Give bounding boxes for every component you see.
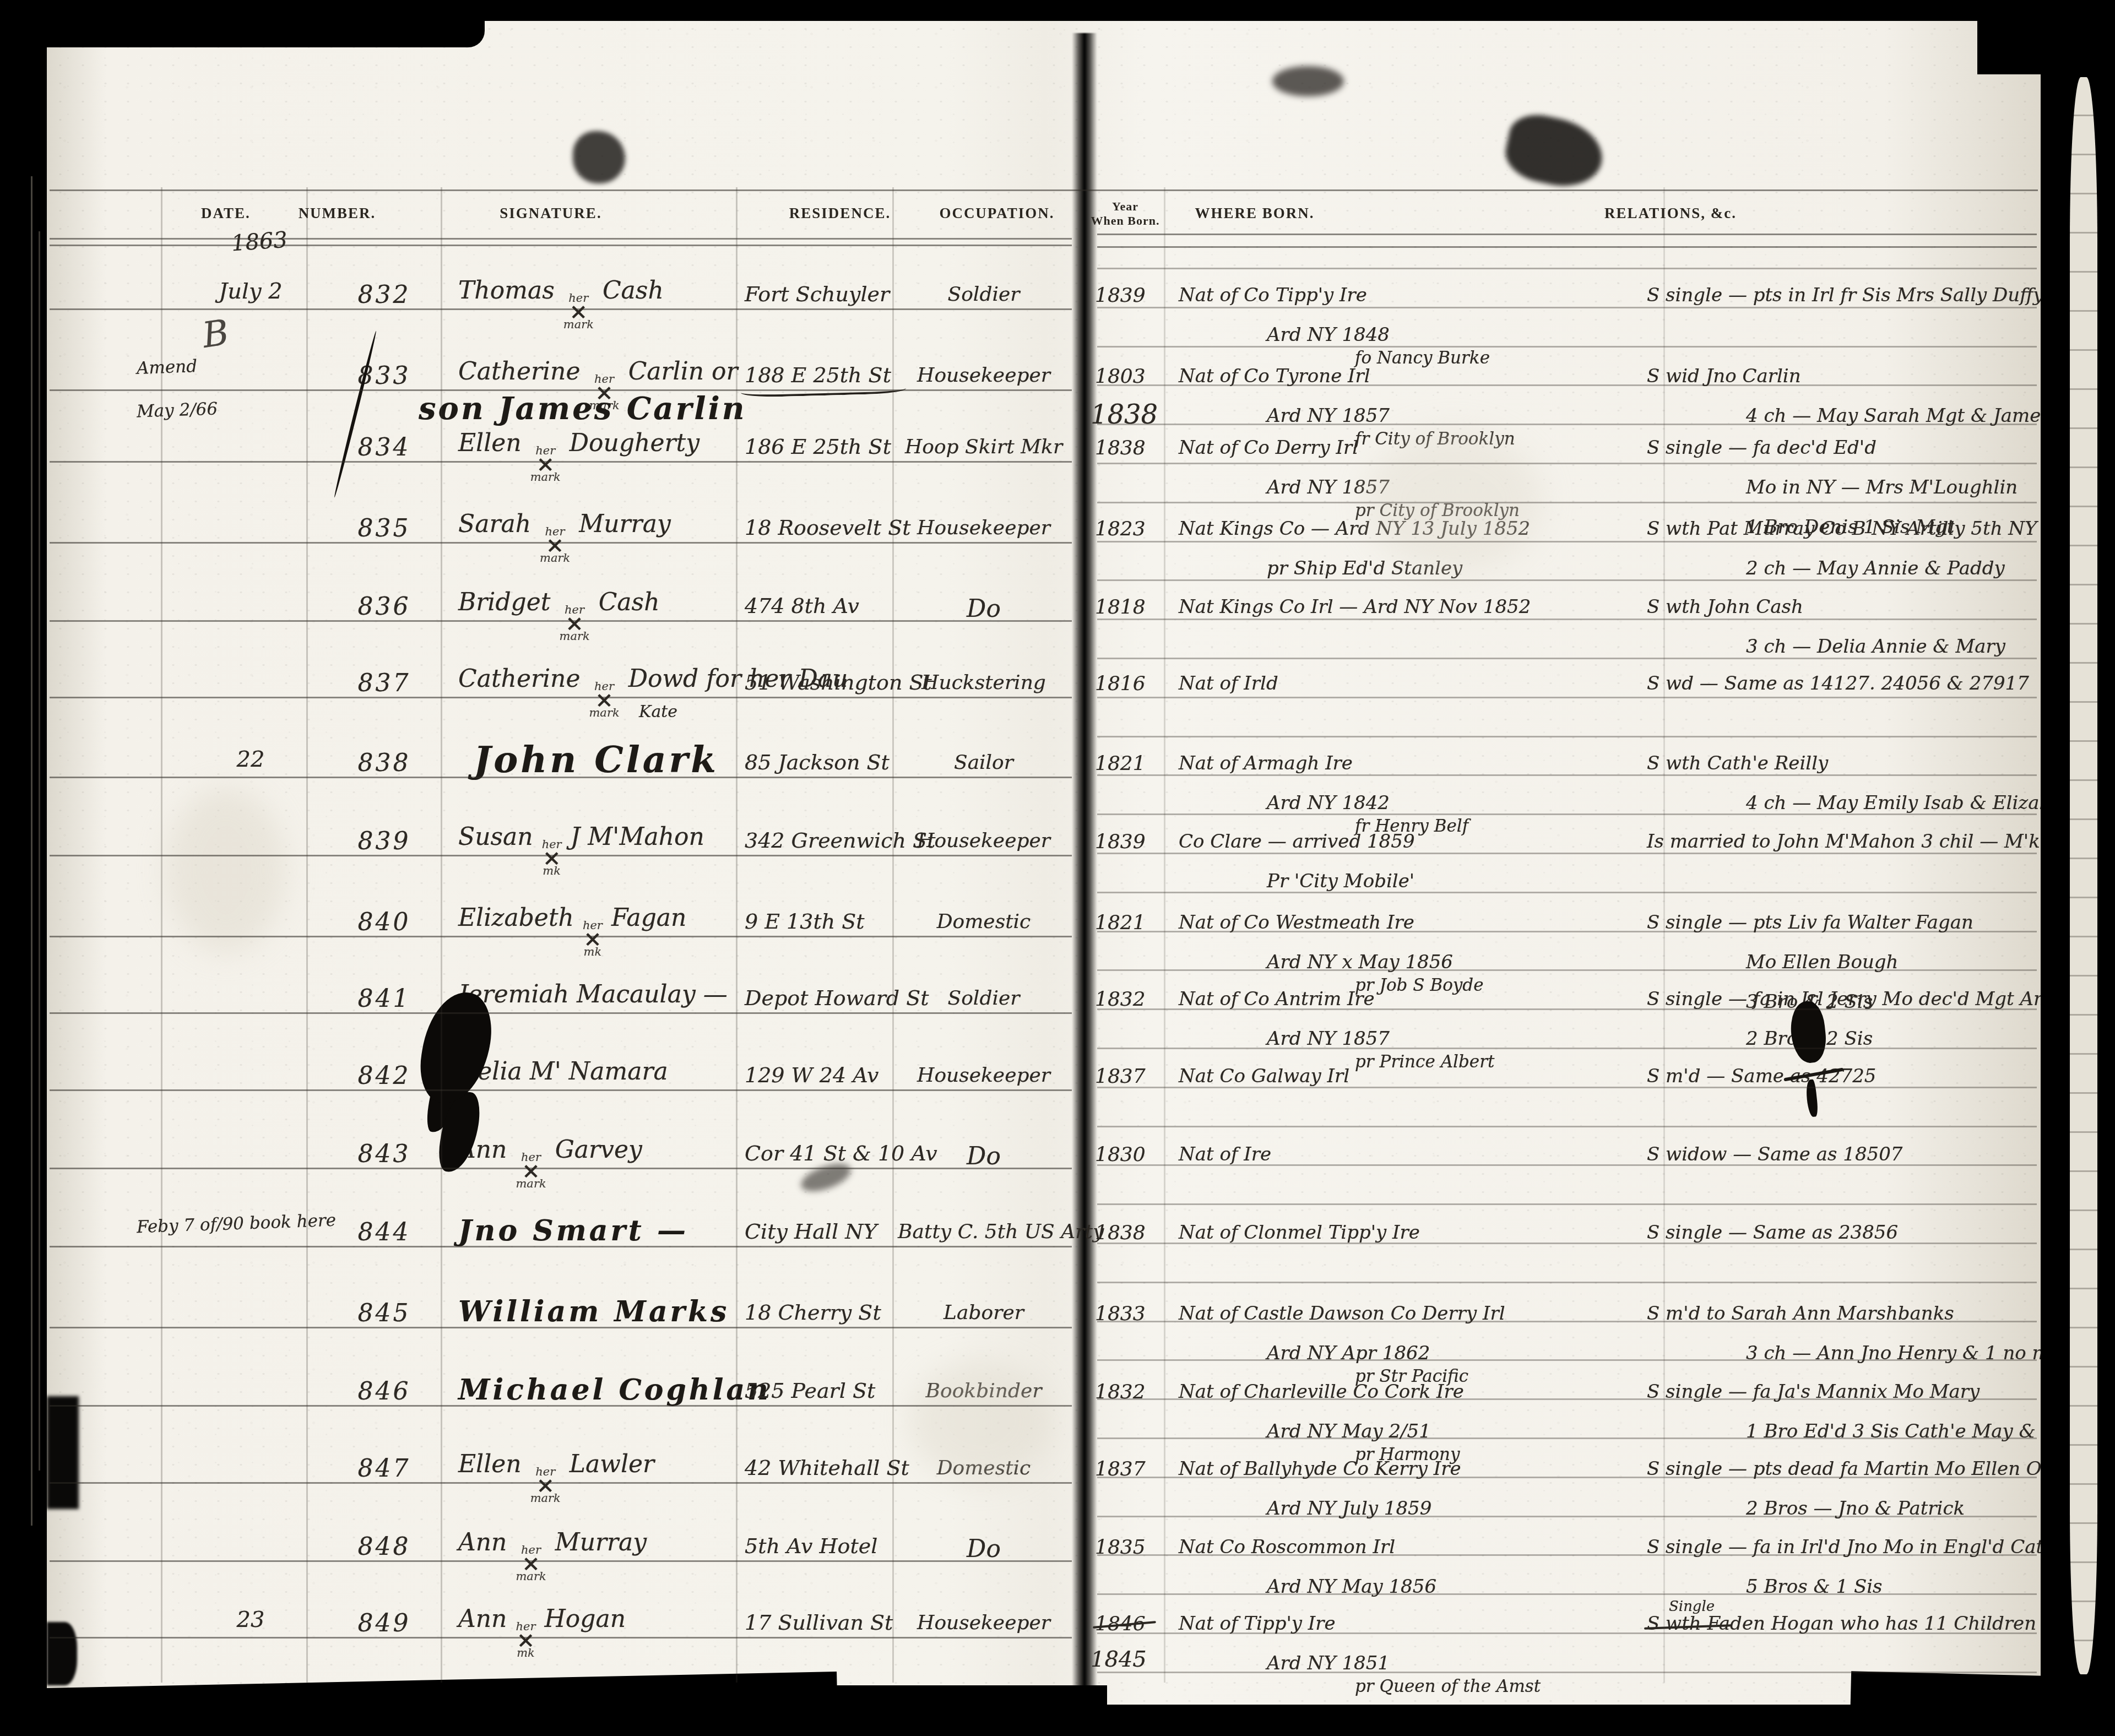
relations-line: 3 ch — Ann Jno Henry & 1 no name [1746,1342,2084,1364]
residence: 42 Whitehall St [745,1456,909,1480]
relations-line: 2 Bro & 2 Sis [1746,1028,1873,1050]
ledger-rule-left [50,1560,1072,1562]
ledger-rule-right [1097,1477,2037,1478]
ledger-rule-right [1097,1087,2037,1088]
signature-text: Murray [555,1528,647,1556]
residence: 18 Roosevelt St [745,516,911,540]
col-header-relations: RELATIONS, &c. [1588,205,1753,222]
his-her-mark-cross: her×mark [540,528,570,563]
ledger-rule-left [50,855,1072,856]
ledger-rule-right [1097,1126,2037,1127]
entry-number: 845 [330,1299,438,1327]
col-header-year-born-1: Year [1089,199,1161,213]
entry-number: 833 [330,362,438,390]
entry-number: 846 [330,1377,438,1406]
residence: 17 Sullivan St [745,1610,893,1635]
relations-line: 2 ch — May Annie & Paddy [1746,557,2005,579]
ledger-rule-left [50,1012,1072,1014]
signature: Annher×markMurray [458,1528,647,1578]
signature-text: J M'Mahon [571,823,704,851]
his-her-mark-cross: her×mk [542,840,562,876]
relations-line: 3 ch — Delia Annie & Mary [1746,636,2005,658]
ledger-rule-right [1097,1008,2037,1010]
ledger-rule-right [1097,268,2037,269]
signature: John Clark [474,738,719,781]
residence: 474 8th Av [745,594,859,618]
ledger-rule-right [1097,1632,2037,1634]
rule-header-bottom [50,238,1072,240]
signature-text: Delia M' Namara [458,1057,668,1086]
col-header-where-born: WHERE BORN. [1172,205,1337,222]
year-born: 1823 [1095,518,1161,540]
ledger-rule-left [50,1168,1072,1169]
his-her-mark-cross: her×mark [530,447,561,482]
occupation: Housekeeper [898,364,1070,387]
relations-line: S wd — Same as 14127. 24056 & 27917 [1647,672,2029,695]
ledger-rule-left [50,1637,1072,1639]
relations-line: S widow — Same as 18507 [1647,1143,1902,1165]
where-born-line: Nat of Armagh Ire [1179,752,1353,774]
ledger-rule-right [1097,697,2037,698]
year-born: 1838 [1095,437,1161,459]
entry-date: 23 [160,1607,341,1632]
where-born-line: Nat of Co Tyrone Irl [1179,365,1370,387]
relations-line: 4 ch — May Emily Isab & Elizabeth [1746,792,2082,814]
signature-text: Catherine [458,357,580,386]
his-her-mark-cross: her×mark [516,1546,546,1581]
entry-number: 839 [330,827,438,855]
ledger-rule-left [50,697,1072,698]
ledger-rule-left [50,1089,1072,1091]
where-born-line: pr Ship Ed'd Stanley [1267,557,1462,579]
entry-number: 832 [330,281,438,309]
where-born-line: Nat Kings Co Irl — Ard NY Nov 1852 [1179,596,1531,618]
col-header-date: DATE. [171,205,281,222]
where-born-line: Nat of Co Westmeath Ire [1179,912,1414,934]
mark-word-top: her [565,606,584,615]
signature: Bridgether×markCash [458,588,660,638]
entry-date: July 2 [160,279,341,304]
ledger-rule-left [50,620,1072,622]
signature: Jno Smart — [458,1214,688,1247]
entry-number: 843 [330,1140,438,1168]
scan-border-bottom-wedge [799,1685,1107,1724]
ledger-rule-right [1097,1282,2037,1283]
ledger-rule-left [50,936,1072,937]
signature-text: Ellen [458,429,522,457]
relations-line: S wth Cath'e Reilly [1647,752,1828,774]
signature: Ellenher×markDougherty [458,429,699,479]
ledger-rule-left [50,308,1072,310]
column-rule [161,187,162,1683]
col-header-year-born-2: When Born. [1089,214,1161,227]
signature: Thomasher×markCash [458,276,664,326]
signature: Annher×mkHogan [458,1605,626,1654]
occupation: Domestic [898,910,1070,933]
signature-text: Elizabeth [458,904,574,932]
occupation: Laborer [898,1301,1070,1324]
signature-text: Lawler [570,1450,654,1478]
year-heading: 1863 [231,227,289,257]
ledger-rule-right [1097,1321,2037,1322]
his-her-mark-cross: her×mark [530,1468,561,1503]
year-born: 1832 [1095,988,1161,1011]
column-rule [306,187,308,1683]
ledger-rule-right [1097,1359,2037,1361]
ledger-rule-left [50,1327,1072,1328]
signature-text: Fagan [611,904,687,932]
signature: Jeremiah Macaulay — [458,980,728,1008]
signature-text: Sarah [458,510,531,538]
ledger-rule-right [1097,774,2037,776]
occupation: Sailor [898,751,1070,774]
residence: 188 E 25th St [745,363,891,387]
his-her-mark-cross: her×mark [563,294,594,329]
entry-number: 844 [330,1218,438,1246]
scan-border-top-left [0,0,485,47]
signature: Sarahher×markMurray [458,510,671,560]
ledger-rule-right [1097,346,2037,348]
ledger-rule-right [1097,424,2037,425]
mark-word-bottom: mark [560,632,590,641]
year-born-2: 1838 [1091,399,1158,430]
signature-text: Michael Coghlan [458,1373,771,1407]
occupation: Soldier [898,987,1070,1010]
signature-text: Thomas [458,276,555,305]
where-born-line: Ard NY 1848 [1267,324,1390,346]
mark-word-bottom: mark [530,473,561,482]
mark-word-top: her [594,682,614,691]
scanned-ledger-page: DATE. NUMBER. SIGNATURE. RESIDENCE. OCCU… [0,0,2115,1736]
mark-word-top: her [594,375,614,384]
mark-word-bottom: mark [516,1572,546,1581]
ledger-rule-right [1097,1516,2037,1517]
ledger-rule-right [1097,969,2037,971]
signature-line2: Kate [639,702,677,721]
mark-word-bottom: mk [543,867,561,876]
signature-text: Susan [458,823,533,851]
mark-word-top: her [516,1623,535,1631]
book-gutter-crease [1072,33,1097,1702]
signature-text: Catherine [458,665,580,693]
signature-text: Ann [458,1136,507,1164]
signature-text: Murray [579,510,671,538]
relations-line: S single — pts in Irl fr Sis Mrs Sally D… [1647,284,2044,306]
where-born-line: Nat Co Galway Irl [1179,1065,1349,1087]
mark-word-top: her [568,294,588,303]
where-born-line: Ard NY 1851 [1267,1652,1390,1674]
signature-text: Jeremiah Macaulay — [458,980,728,1008]
column-rule [892,187,894,1683]
ledger-rule-right [1097,579,2037,581]
residence: 525 Pearl St [745,1379,875,1403]
where-born-line: Pr 'City Mobile' [1267,870,1414,892]
where-born-line: Ard NY 1857 [1267,1028,1390,1050]
column-rule [1663,187,1665,1683]
occupation: Domestic [898,1457,1070,1479]
relations-line: S wth Faden Hogan who has 11 Children [1647,1613,2036,1635]
rule-header-bottom [1097,234,2037,235]
margin-note: May 2/66 [136,399,218,421]
ledger-rule-right [1097,1437,2037,1439]
column-rule [441,187,442,1683]
entry-number: 837 [330,669,438,697]
where-born-line: Ard NY 1857 [1267,476,1390,498]
year-born: 1830 [1095,1143,1161,1166]
relations-line: S single — pts Liv fa Walter Fagan [1647,912,1973,934]
where-born-line: Ard NY Apr 1862 [1267,1342,1430,1364]
his-her-mark-cross: her×mark [560,606,590,641]
entry-number: 836 [330,593,438,621]
ledger-rule-right [1097,853,2037,854]
entry-number: 841 [330,985,438,1013]
mark-word-bottom: mk [584,948,602,957]
relations-line: Mo in NY — Mrs M'Loughlin [1746,476,2018,498]
residence: 85 Jackson St [745,750,890,774]
ledger-rule-left [50,1405,1072,1407]
mark-word-bottom: mark [540,554,570,563]
signature: Annher×markGarvey [458,1136,642,1185]
ledger-rule-right [1097,541,2037,542]
year-born: 1837 [1095,1065,1161,1088]
entry-date: 22 [160,747,341,772]
his-her-mark-cross: her×mark [516,1153,546,1189]
col-header-occupation: OCCUPATION. [914,205,1080,222]
ledger-rule-right [1097,1243,2037,1244]
residence: 129 W 24 Av [745,1063,879,1087]
where-born-line: Nat Kings Co — Ard NY 13 July 1852 [1179,518,1530,540]
ledger-rule-left [50,389,1072,391]
signature-line2: son James Carlin [419,390,746,427]
ledger-rule-right [1097,1048,2037,1049]
ledger-rule-right [1097,892,2037,893]
signature: Susanher×mkJ M'Mahon [458,823,704,872]
entry-number: 835 [330,514,438,542]
his-her-mark-cross: her×mk [516,1623,535,1658]
ledger-rule-left [50,1482,1072,1484]
occupation: Housekeeper [898,517,1070,539]
mark-word-bottom: mark [516,1180,546,1189]
residence: 186 E 25th St [745,435,891,459]
mark-word-top: her [521,1153,541,1162]
entry-number: 848 [330,1533,438,1561]
mark-word-top: her [521,1546,541,1555]
signature-text: Carlin or [628,357,738,386]
next-page-edge [2070,77,2097,1674]
scan-border-left [0,0,47,1736]
residence: 5th Av Hotel [745,1534,877,1558]
entry-number: 834 [330,433,438,462]
rule-header-bottom [1097,246,2037,248]
where-born-line: Nat of Co Tipp'y Ire [1179,284,1367,306]
where-born-line: fr City of Brooklyn [1355,429,1515,449]
residence: 9 E 13th St [745,909,865,934]
ledger-rule-right [1097,1672,2037,1673]
ledger-rule-right [1097,502,2037,503]
occupation: Housekeeper [898,829,1070,852]
column-rule [736,187,737,1683]
signature-text: Jno Smart — [458,1214,688,1247]
mark-word-top: her [542,840,562,849]
ledger-rule-right [1097,1164,2037,1166]
relations-line: S wth Pat Murray Co B NY Artilly 5th NY … [1647,518,2078,540]
where-born-line: Nat of Co Derry Irl [1179,437,1358,459]
ledger-rule-right [1097,1554,2037,1556]
ledger-rule-right [1097,1203,2037,1205]
entry-number: 838 [330,749,438,777]
ledger-rule-left [50,461,1072,463]
ledger-rule-right [1097,813,2037,815]
col-header-number: NUMBER. [282,205,392,222]
signature-text: Hogan [544,1605,626,1633]
mark-word-bottom: mark [589,709,619,718]
signature-text: Dougherty [570,429,699,457]
year-born: 1821 [1095,752,1161,775]
residence: 18 Cherry St [745,1300,881,1325]
occupation: Housekeeper [898,1612,1070,1634]
mark-word-top: her [535,1468,555,1477]
occupation: Soldier [898,283,1070,306]
year-born: 1839 [1095,284,1161,307]
entry-number: 847 [330,1455,438,1483]
mark-word-top: her [545,528,565,536]
ledger-rule-right [1097,463,2037,464]
entry-number: 849 [330,1609,438,1637]
year-born-2: 1845 [1091,1647,1147,1672]
ledger-rule-left [50,777,1072,778]
occupation: Batty C. 5th US Arty [898,1220,1070,1243]
where-born-line: fo Nancy Burke [1355,348,1490,368]
signature-text: William Marks [458,1295,729,1328]
relations-line: S wid Jno Carlin [1647,365,1801,387]
signature-text: Ellen [458,1450,522,1478]
where-born-line: Ard NY May 2/51 [1267,1420,1431,1442]
where-born-line: Nat of Tipp'y Ire [1179,1613,1336,1635]
his-her-mark-cross: her×mk [583,921,603,957]
occupation: Huckstering [898,671,1070,694]
occupation: Housekeeper [898,1064,1070,1087]
ledger-rule-right [1097,931,2037,932]
entry-number: 840 [330,908,438,936]
his-her-mark-cross: her×mark [589,682,619,718]
occupation: Do [898,595,1070,623]
relations-line: S single — Same as 23856 [1647,1222,1898,1244]
rule-header-top [50,189,2038,191]
col-header-signature: SIGNATURE. [468,205,633,222]
signature-text: Garvey [555,1136,642,1164]
relations-line: S wth John Cash [1647,596,1803,618]
ledger-rule-right [1097,1593,2037,1595]
where-born-line: Nat of Co Antrim Ire [1179,988,1375,1010]
ledger-rule-left [50,542,1072,544]
mark-word-bottom: mk [517,1649,535,1658]
signature: Elizabethher×mkFagan [458,904,686,953]
year-born: 1818 [1095,596,1161,619]
residence: City Hall NY [745,1219,877,1244]
year-born: 1816 [1095,672,1161,695]
where-born-line: pr Queen of the Amst [1355,1677,1541,1696]
where-born-line: Nat of Ire [1179,1143,1271,1165]
mark-word-top: her [583,921,603,930]
signature: Ellenher×markLawler [458,1450,654,1500]
signature: Delia M' Namara [458,1057,668,1086]
where-born-line: Nat of Irld [1179,672,1278,695]
residence: Fort Schuyler [745,282,890,306]
relations-line: 1 Bro Ed'd 3 Sis Cath'e May & Mgt [1746,1420,2080,1442]
ledger-rule-right [1097,619,2037,620]
mark-word-bottom: mark [530,1494,561,1503]
mark-word-bottom: mark [563,321,594,329]
where-born-line: Nat of Clonmel Tipp'y Ire [1179,1222,1420,1244]
signature-text: Cash [599,588,660,616]
occupation: Bookbinder [898,1380,1070,1402]
ledger-rule-right [1097,1398,2037,1400]
where-born-line: pr Prince Albert [1355,1052,1494,1072]
entry-number: 842 [330,1062,438,1090]
relations-line: S single — fa dec'd Ed'd [1647,437,1877,459]
relations-line: S m'd — Same as 42725 [1647,1065,1876,1087]
where-born-line: Co Clare — arrived 1859 [1179,831,1415,853]
signature-text: Ann [458,1605,507,1633]
occupation: Do [898,1142,1070,1170]
mark-word-top: her [535,447,555,455]
signature-text: Cash [603,276,664,305]
ledger-rule-left [50,1246,1072,1247]
ledger-rule-right [1097,736,2037,737]
signature-text: Ann [458,1528,507,1556]
margin-note: Amend [136,356,197,378]
occupation: Do [898,1535,1070,1563]
col-header-residence: RESIDENCE. [760,205,920,222]
signature: William Marks [458,1295,729,1328]
signature-text: John Clark [474,738,719,781]
ledger-rule-right [1097,384,2037,386]
ledger-rule-right [1097,307,2037,308]
year-born: 1839 [1095,831,1161,853]
rule-header-bottom [50,245,1072,246]
signature: Michael Coghlan [458,1373,771,1407]
year-born: 1838 [1095,1222,1161,1244]
where-born-line: Ard NY 1842 [1267,792,1390,814]
signature-text: Bridget [458,588,551,616]
ledger-rule-right [1097,658,2037,659]
date-flourish: B [200,312,231,356]
column-rule [1164,187,1165,1683]
occupation: Hoop Skirt Mkr [898,436,1070,458]
